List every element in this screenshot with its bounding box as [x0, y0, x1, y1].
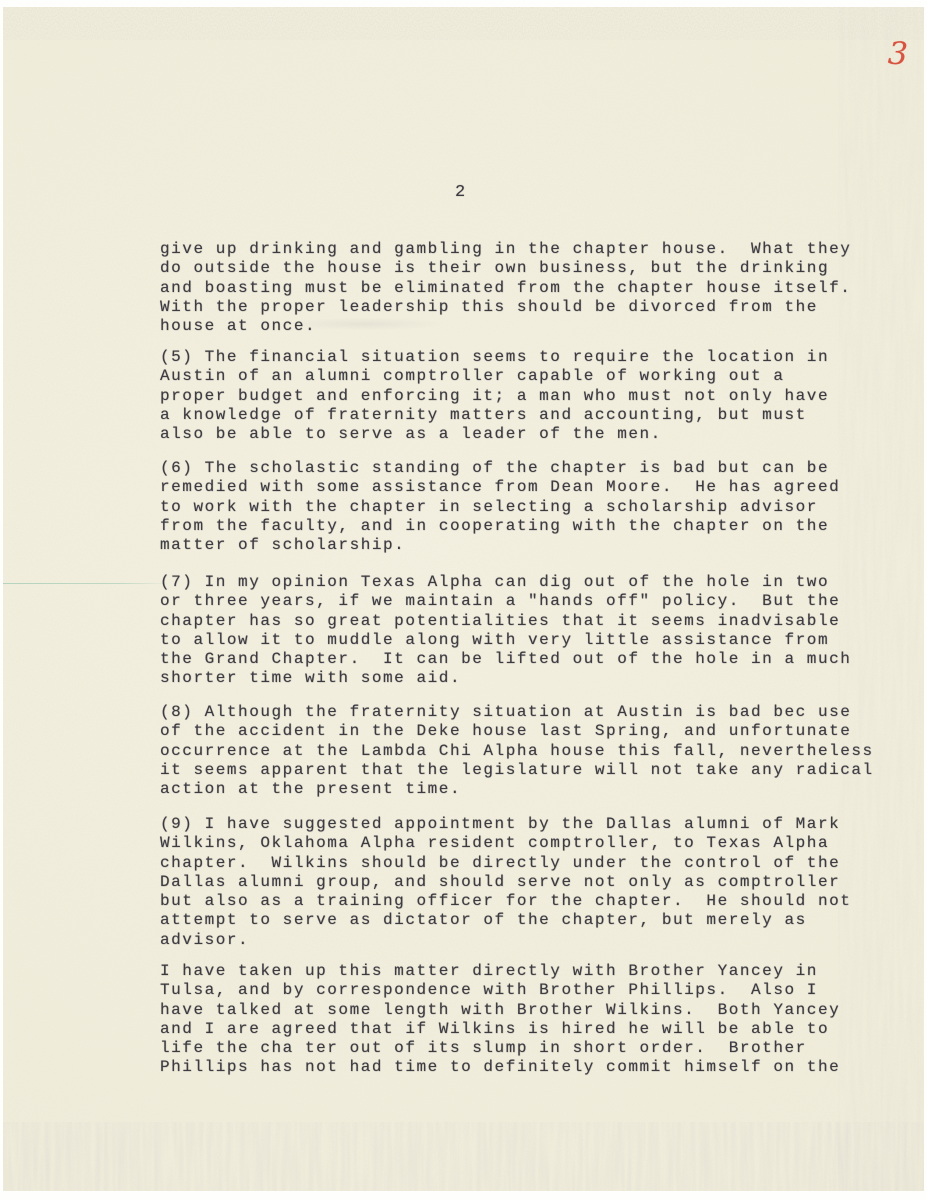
- paragraph-item-8: (8) Although the fraternity situation at…: [160, 703, 874, 799]
- scan-edge-bottom: [0, 1191, 927, 1200]
- paragraph-item-6: (6) The scholastic standing of the chapt…: [160, 459, 840, 555]
- scanned-letter-page: 2 give up drinking and gambling in the c…: [0, 0, 927, 1200]
- paragraph-intro: give up drinking and gambling in the cha…: [160, 240, 851, 336]
- paragraph-item-9: (9) I have suggested appointment by the …: [160, 815, 851, 950]
- paper-sheet: 2 give up drinking and gambling in the c…: [0, 0, 927, 1200]
- paragraph-closing: I have taken up this matter directly wit…: [160, 962, 840, 1078]
- page-number: 2: [455, 183, 467, 202]
- paragraph-item-5: (5) The financial situation seems to req…: [160, 348, 829, 444]
- scan-edge-top: [0, 0, 927, 7]
- fold-line: [0, 583, 170, 584]
- scan-edge-left: [0, 0, 3, 1200]
- paragraph-item-7: (7) In my opinion Texas Alpha can dig ou…: [160, 573, 851, 689]
- handwritten-page-mark: 3: [887, 36, 909, 73]
